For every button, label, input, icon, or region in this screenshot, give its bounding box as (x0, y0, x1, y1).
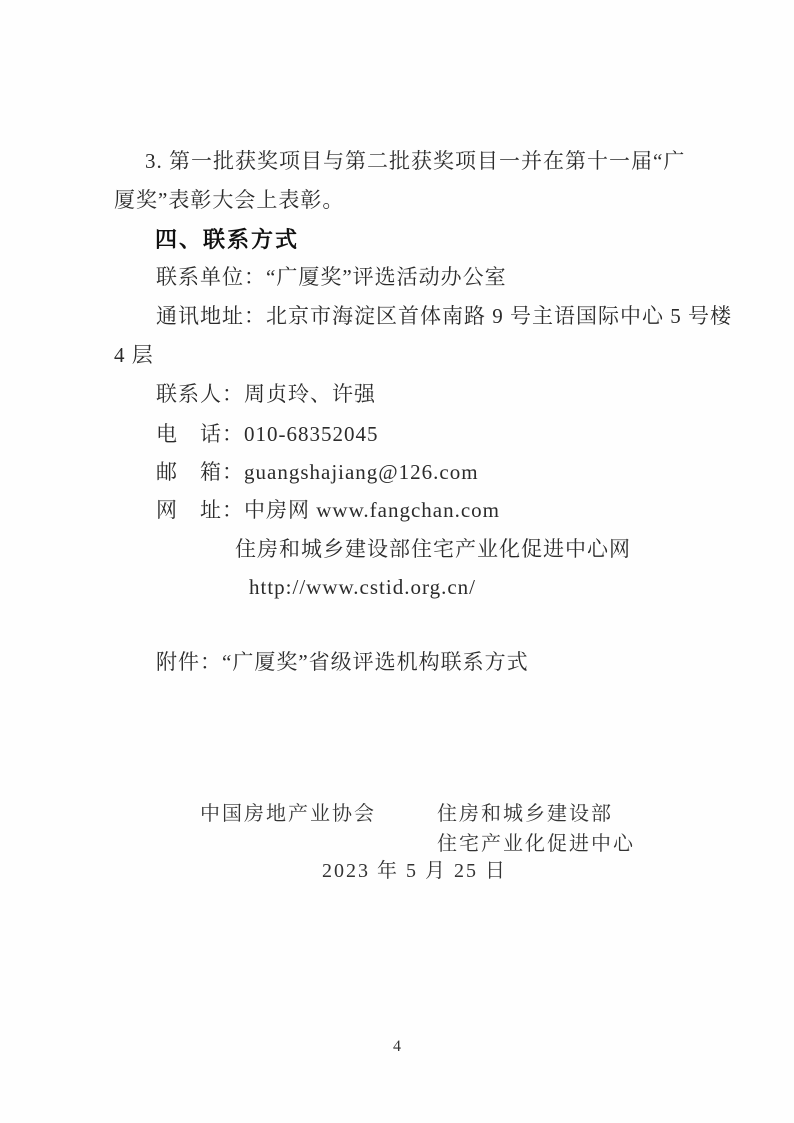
document-page: 3. 第一批获奖项目与第二批获奖项目一并在第十一届“广 厦奖”表彰大会上表彰。 … (0, 0, 794, 1123)
contact-person-line: 联系人：周贞玲、许强 (156, 381, 376, 408)
signature-org-left: 中国房地产业协会 (200, 801, 376, 827)
attachment-note: 附件：“广厦奖”省级评选机构联系方式 (156, 649, 529, 676)
signature-org-right-line-2: 住宅产业化促进中心 (437, 831, 635, 857)
signature-org-right-line-1: 住房和城乡建设部 (437, 801, 613, 827)
contact-email-line: 邮 箱：guangshajiang@126.com (156, 459, 479, 486)
section-heading-contact: 四、联系方式 (155, 226, 299, 255)
contact-unit-line: 联系单位：“广厦奖”评选活动办公室 (156, 264, 507, 291)
contact-address-line-2: 4 层 (114, 342, 154, 369)
contact-website-line-2: 住房和城乡建设部住宅产业化促进中心网 (235, 536, 631, 563)
paragraph-3-line-2: 厦奖”表彰大会上表彰。 (114, 187, 344, 214)
contact-website-line-1: 网 址：中房网 www.fangchan.com (156, 497, 500, 524)
contact-website-url: http://www.cstid.org.cn/ (249, 574, 476, 601)
contact-phone-line: 电 话：010-68352045 (156, 421, 379, 448)
paragraph-3-line-1: 3. 第一批获奖项目与第二批获奖项目一并在第十一届“广 (145, 148, 685, 175)
signature-date: 2023 年 5 月 25 日 (322, 858, 507, 884)
contact-address-line-1: 通讯地址：北京市海淀区首体南路 9 号主语国际中心 5 号楼 (156, 303, 732, 330)
page-number: 4 (0, 1038, 794, 1056)
